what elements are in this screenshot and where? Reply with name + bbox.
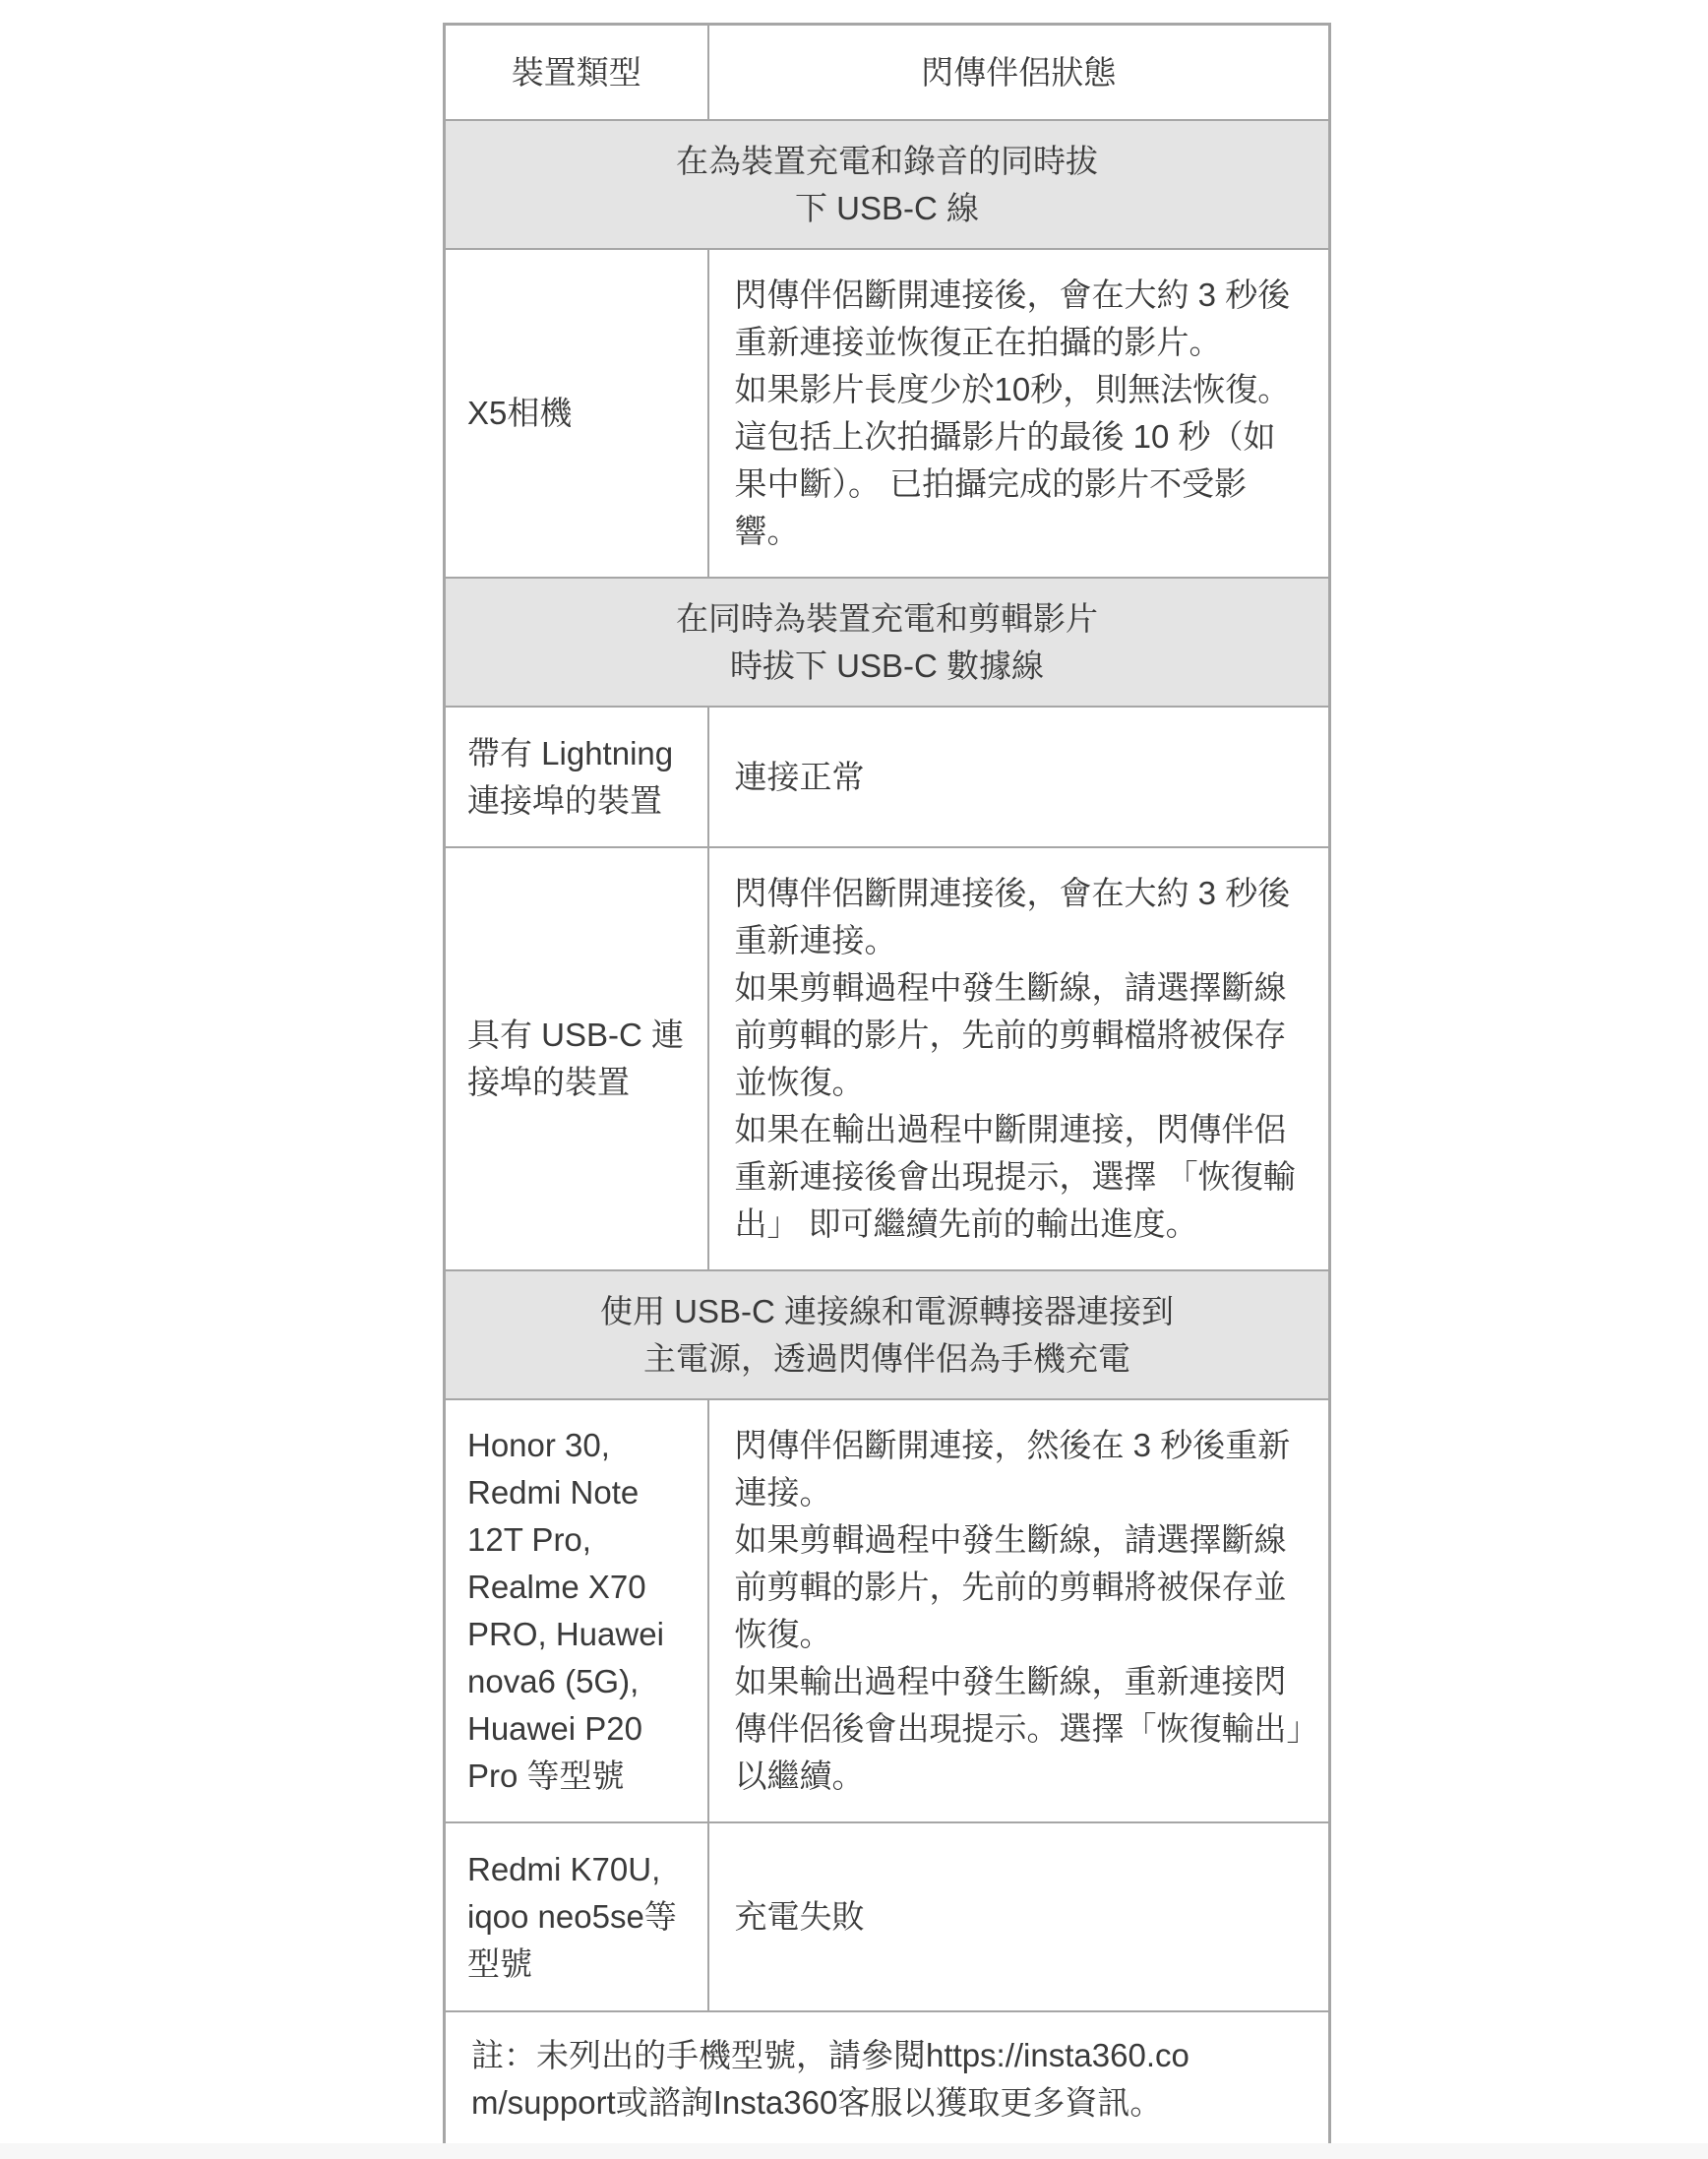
- section-header-row-charge-edit: 在同時為裝置充電和剪輯影片 時拔下 USB-C 數據線: [445, 578, 1330, 707]
- page-bottom-strip: [0, 2143, 1708, 2159]
- status-cell-lightning-devices: 連接正常: [708, 707, 1330, 847]
- status-cell-redmi-models: 充電失敗: [708, 1822, 1330, 2011]
- section-header-row-charge-record: 在為裝置充電和錄音的同時拔 下 USB-C 線: [445, 120, 1330, 249]
- device-cell-redmi-models: Redmi K70U, iqoo neo5se等型號: [445, 1822, 708, 2011]
- table-row-x5-camera: X5相機 閃傳伴侶斷開連接後，會在大約 3 秒後重新連接並恢復正在拍攝的影片。 …: [445, 249, 1330, 578]
- section-title-mains-charging: 使用 USB-C 連接線和電源轉接器連接到 主電源，透過閃傳伴侶為手機充電: [445, 1270, 1330, 1399]
- table-row-usbc-devices: 具有 USB-C 連接埠的裝置 閃傳伴侶斷開連接後，會在大約 3 秒後重新連接。…: [445, 847, 1330, 1270]
- table-row-redmi-models: Redmi K70U, iqoo neo5se等型號 充電失敗: [445, 1822, 1330, 2011]
- column-header-companion-status: 閃傳伴侶狀態: [708, 25, 1330, 121]
- device-cell-x5-camera: X5相機: [445, 249, 708, 578]
- table-row-honor-models: Honor 30, Redmi Note 12T Pro, Realme X70…: [445, 1399, 1330, 1822]
- section-title-charge-edit-unplug: 在同時為裝置充電和剪輯影片 時拔下 USB-C 數據線: [445, 578, 1330, 707]
- table-note-row: 註：未列出的手機型號，請參閱https://insta360.com/suppo…: [445, 2011, 1330, 2148]
- section-header-row-mains-charging: 使用 USB-C 連接線和電源轉接器連接到 主電源，透過閃傳伴侶為手機充電: [445, 1270, 1330, 1399]
- status-cell-x5-camera: 閃傳伴侶斷開連接後，會在大約 3 秒後重新連接並恢復正在拍攝的影片。 如果影片長…: [708, 249, 1330, 578]
- status-cell-honor-models: 閃傳伴侶斷開連接，然後在 3 秒後重新連接。 如果剪輯過程中發生斷線，請選擇斷線…: [708, 1399, 1330, 1822]
- status-cell-usbc-devices: 閃傳伴侶斷開連接後，會在大約 3 秒後重新連接。 如果剪輯過程中發生斷線，請選擇…: [708, 847, 1330, 1270]
- flash-companion-status-table: 裝置類型 閃傳伴侶狀態 在為裝置充電和錄音的同時拔 下 USB-C 線 X5相機…: [443, 23, 1331, 2149]
- note-cell: 註：未列出的手機型號，請參閱https://insta360.com/suppo…: [445, 2011, 1330, 2148]
- device-cell-usbc-devices: 具有 USB-C 連接埠的裝置: [445, 847, 708, 1270]
- device-cell-honor-models: Honor 30, Redmi Note 12T Pro, Realme X70…: [445, 1399, 708, 1822]
- column-header-device-type: 裝置類型: [445, 25, 708, 121]
- table-header-row: 裝置類型 閃傳伴侶狀態: [445, 25, 1330, 121]
- table-row-lightning-devices: 帶有 Lightning 連接埠的裝置 連接正常: [445, 707, 1330, 847]
- section-title-charge-record-unplug: 在為裝置充電和錄音的同時拔 下 USB-C 線: [445, 120, 1330, 249]
- device-cell-lightning-devices: 帶有 Lightning 連接埠的裝置: [445, 707, 708, 847]
